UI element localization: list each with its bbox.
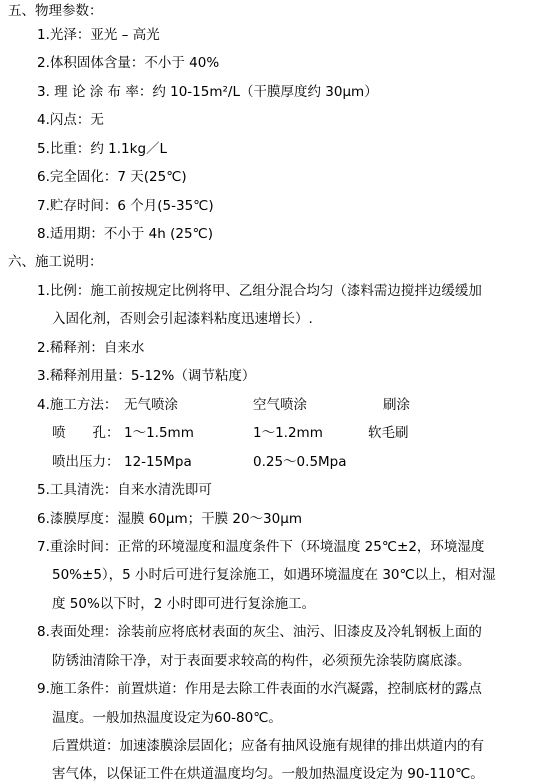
instr-thinner-amount: 3.稀释剂用量：5-12%（调节粘度） xyxy=(37,366,255,386)
method-air-spray: 空气喷涂 xyxy=(253,395,307,415)
param-pot-life: 8.适用期：不小于 4h (25℃) xyxy=(37,224,213,244)
nozzle-brush: 软毛刷 xyxy=(368,423,409,443)
instr-conditions-line2: 温度。一般加热温度设定为60-80℃。 xyxy=(52,708,282,728)
nozzle-air-spray: 1～1.2mm xyxy=(253,423,323,443)
param-specific-gravity: 5.比重：约 1.1kg／L xyxy=(37,139,167,159)
instr-recoat-line3: 度 50%以下时，2 小时即可进行复涂施工。 xyxy=(52,594,315,614)
param-coverage: 3. 理 论 涂 布 率：约 10-15m²/L（干膜厚度约 30μm） xyxy=(37,82,378,102)
param-flash-point: 4.闪点：无 xyxy=(37,110,104,130)
instr-conditions-line4: 害气体，以保证工件在烘道温度均匀。一般加热温度设定为 90-110℃。 xyxy=(52,764,484,781)
nozzle-airless: 1～1.5mm xyxy=(124,423,194,443)
instr-film-thickness: 6.漆膜厚度：湿膜 60μm；干膜 20～30μm xyxy=(37,509,302,529)
instr-thinner: 2.稀释剂：自来水 xyxy=(37,338,144,358)
method-airless: 无气喷涂 xyxy=(124,395,178,415)
param-storage: 7.贮存时间：6 个月(5-35℃) xyxy=(37,196,214,216)
instr-ratio-line1: 1.比例：施工前按规定比例将甲、乙组分混合均匀（漆料需边搅拌边缓缓加 xyxy=(37,281,482,301)
instr-recoat-line1: 7.重涂时间：正常的环境湿度和温度条件下（环境温度 25℃±2，环境湿度 xyxy=(37,537,484,557)
param-gloss: 1.光泽：亚光 – 高光 xyxy=(37,25,160,45)
instr-surface-line1: 8.表面处理：涂装前应将底材表面的灰尘、油污、旧漆皮及冷轧钢板上面的 xyxy=(37,622,482,642)
nozzle-label: 喷 孔： xyxy=(52,423,120,443)
instr-conditions-line1: 9.施工条件：前置烘道：作用是去除工件表面的水汽凝露，控制底材的露点 xyxy=(37,679,482,699)
param-solid-content: 2.体积固体含量：不小于 40% xyxy=(37,53,219,73)
instr-ratio-line2: 入固化剂，否则会引起漆料粘度迅速增长）. xyxy=(52,309,313,329)
pressure-airless: 12-15Mpa xyxy=(124,452,192,472)
param-full-cure: 6.完全固化：7 天(25℃) xyxy=(37,167,187,187)
method-brush: 刷涂 xyxy=(383,395,410,415)
section-5-title: 五、物理参数： xyxy=(8,1,103,21)
section-6-title: 六、施工说明： xyxy=(8,252,103,272)
instr-surface-line2: 防锈油清除干净，对于表面要求较高的构件，必须预先涂装防腐底漆。 xyxy=(52,651,471,671)
pressure-label: 喷出压力： xyxy=(52,452,120,472)
instr-conditions-line3: 后置烘道：加速漆膜涂层固化；应备有抽风设施有规律的排出烘道内的有 xyxy=(52,736,484,756)
instr-recoat-line2: 50%±5），5 小时后可进行复涂施工，如遇环境温度在 30℃以上，相对湿 xyxy=(52,565,496,585)
pressure-air-spray: 0.25～0.5Mpa xyxy=(253,452,347,472)
instr-method-label: 4.施工方法： xyxy=(37,395,117,415)
instr-cleaning: 5.工具清洗：自来水清洗即可 xyxy=(37,480,212,500)
